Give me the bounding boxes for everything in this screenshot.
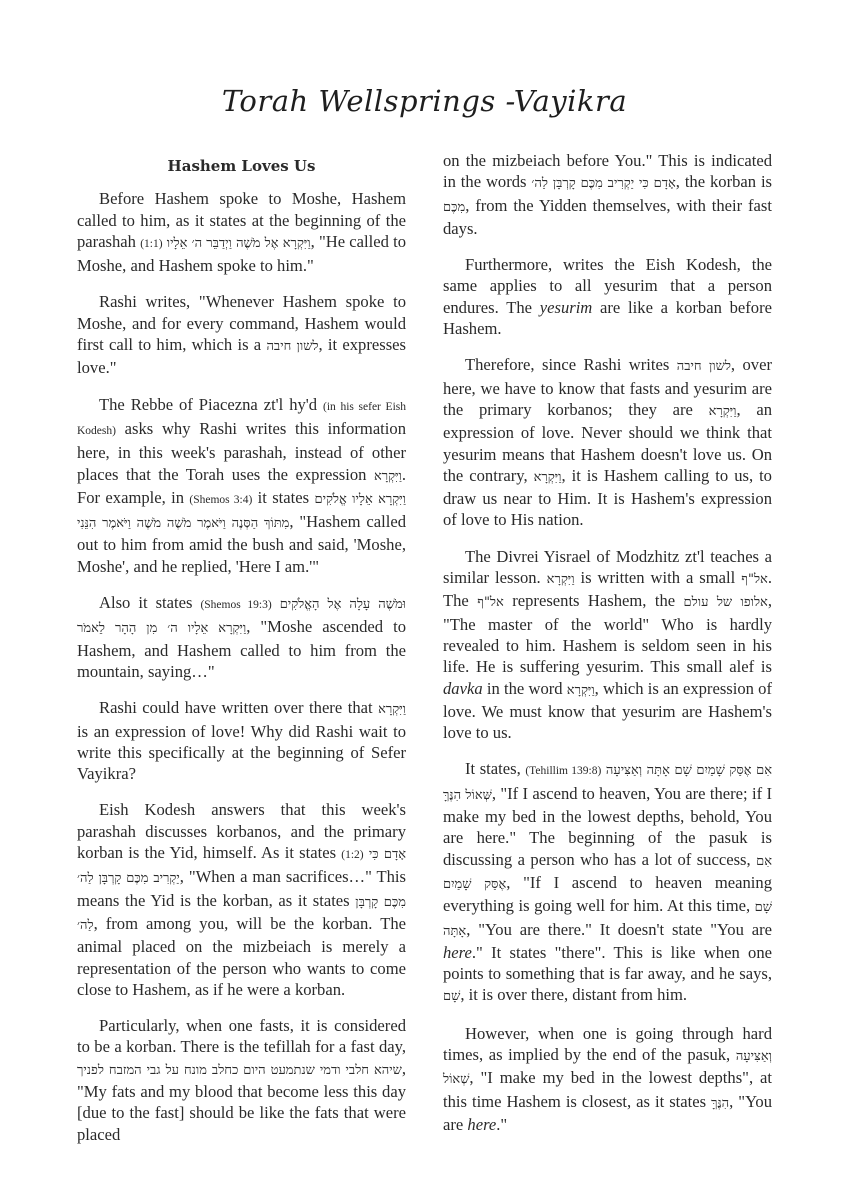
text: is an expression of love! Why did Rashi … [77,722,406,784]
text: represents Hashem, the [504,591,684,610]
source-reference: (1:2) [341,849,363,861]
paragraph-3: The Rebbe of Piacezna zt'l hy'd (in his … [77,394,406,577]
paragraph-12: It states, (Tehillim 139:8) אִם אֶסַּק ש… [443,758,772,1007]
hebrew-quote: וַיִּקְרָא [378,702,406,717]
text: , "You are there." It doesn't state "You… [466,920,772,939]
paragraph-7: Particularly, when one fasts, it is cons… [77,1015,406,1145]
emphasis: yesurim [540,298,593,317]
hebrew-quote: לשון חיבה [677,359,731,374]
source-reference: (Tehillim 139:8) [525,765,601,777]
paragraph-11: The Divrei Yisrael of Modzhitz zt'l teac… [443,546,772,744]
emphasis: here [467,1115,496,1134]
text: in the word [483,679,567,698]
paragraph-4: Also it states (Shemos 19:3) וּמֹשֶׁה עָ… [77,592,406,682]
text: asks why Rashi writes this information h… [77,419,406,484]
hebrew-quote: אלופו של עולם [684,595,768,610]
text: Particularly, when one fasts, it is cons… [77,1016,406,1056]
hebrew-quote: אל"ף [477,595,504,610]
hebrew-quote: שָׁם [443,989,460,1004]
right-column: on the mizbeiach before You." This is in… [443,150,772,1150]
hebrew-quote: וַיִּקְרָא [567,683,595,698]
text: Therefore, since Rashi writes [465,355,677,374]
text: , from the Yidden themselves, with their… [443,196,772,238]
hebrew-quote: וַיִּקְרָא [709,404,737,419]
hebrew-quote: וַיִּקְרָא אֶל מֹשֶׁה וַיְדַבֵּר ה׳ אֵלָ… [167,236,311,251]
hebrew-quote: אל"ף [741,572,768,587]
hebrew-quote: לשון חיבה [266,339,318,354]
source-reference: (1:1) [140,238,162,250]
text: The Rebbe of Piacezna zt'l hy'd [99,395,323,414]
hebrew-quote: וַיִּקְרָא [374,469,402,484]
text: ." It states "there". This is like when … [443,943,772,983]
text: ." [496,1115,507,1134]
paragraph-1: Before Hashem spoke to Moshe, Hashem cal… [77,188,406,276]
paragraph-13: However, when one is going through hard … [443,1023,772,1135]
hebrew-quote: וַיִּקְרָא [547,572,575,587]
text: Rashi could have written over there that [99,698,378,717]
paragraph-8: on the mizbeiach before You." This is in… [443,150,772,239]
paragraph-9: Furthermore, writes the Eish Kodesh, the… [443,254,772,339]
text: is written with a small [575,568,742,587]
emphasis: davka [443,679,483,698]
source-reference: (Shemos 19:3) [200,599,271,611]
section-heading: Hashem Loves Us [77,156,406,177]
text: , it is over there, distant from him. [460,985,687,1004]
text: However, when one is going through hard … [443,1024,772,1064]
source-reference: (Shemos 3:4) [189,494,252,506]
hebrew-quote: הִנֶּךָּ [711,1096,729,1111]
paragraph-5: Rashi could have written over there that… [77,697,406,784]
text: It states, [465,759,525,778]
hebrew-quote: אָדָם כִּי יַקְרִיב מִכֶּם קָרְבָּן לַה׳ [531,176,675,191]
left-column: Hashem Loves Us Before Hashem spoke to M… [77,150,406,1160]
hebrew-quote: וַיִּקְרָא [534,470,562,485]
page-title: Torah Wellsprings -Vayikra [0,84,849,118]
hebrew-quote: שיהא חלבי ודמי שנתמעט היום כחלב מונח על … [77,1063,402,1078]
text: , the korban is [676,172,772,191]
emphasis: here [443,943,472,962]
paragraph-2: Rashi writes, "Whenever Hashem spoke to … [77,291,406,378]
text: it states [252,488,314,507]
paragraph-10: Therefore, since Rashi writes לשון חיבה,… [443,354,772,530]
text: Also it states [99,593,200,612]
text: , from among you, will be the korban. Th… [77,914,406,999]
hebrew-quote: מִכֶּם [443,200,465,215]
paragraph-6: Eish Kodesh answers that this week's par… [77,799,406,1000]
text: , "If I ascend to heaven, You are there;… [443,784,772,869]
